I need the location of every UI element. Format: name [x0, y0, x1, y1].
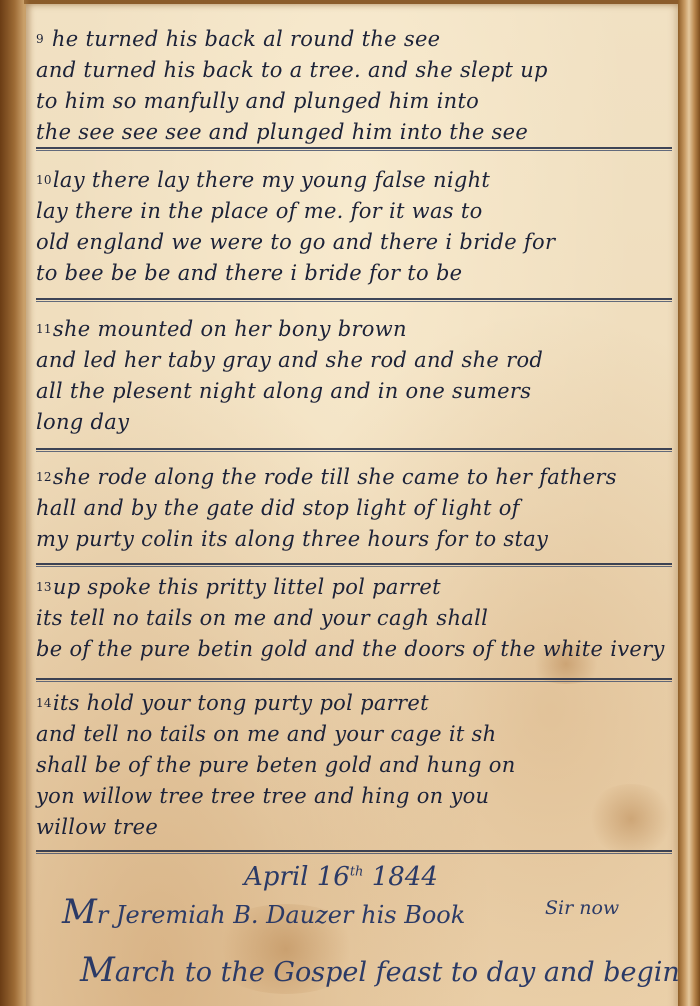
ruled-divider — [36, 850, 672, 854]
adjacent-page-edge — [678, 0, 700, 1006]
verse-line: he turned his back al round the see — [52, 27, 440, 51]
ruled-divider — [36, 448, 672, 452]
verse-line: lay there in the place of me. for it was… — [36, 196, 676, 227]
verse-number: 14 — [36, 696, 52, 710]
verse-12: 12she rode along the rode till she came … — [36, 462, 676, 555]
verse-line: she rode along the rode till she came to… — [53, 465, 617, 489]
inscription-date: April 16th 1844 — [244, 862, 438, 892]
ruled-divider — [36, 678, 672, 682]
verse-11: 11she mounted on her bony brown and led … — [36, 314, 676, 438]
verse-line: all the plesent night along and in one s… — [36, 376, 676, 407]
inscription-hymn-line: March to the Gospel feast to day and beg… — [80, 950, 680, 990]
verse-number: 12 — [36, 470, 52, 484]
inscription-owner: Mr Jeremiah B. Dauzer his Book — [62, 892, 465, 932]
verse-line: hall and by the gate did stop light of l… — [36, 493, 676, 524]
ruled-divider — [36, 298, 672, 302]
verse-line: and tell no tails on me and your cage it… — [36, 719, 676, 750]
verse-line: its tell no tails on me and your cagh sh… — [36, 603, 676, 634]
verse-number: 13 — [36, 580, 52, 594]
verse-number: 10 — [36, 173, 52, 187]
inscription-note: Sir now — [545, 897, 619, 919]
verse-line: willow tree — [36, 812, 676, 843]
verse-10: 10lay there lay there my young false nig… — [36, 165, 676, 289]
verse-number: 11 — [36, 322, 52, 336]
verse-line: old england we were to go and there i br… — [36, 227, 676, 258]
verse-line: she mounted on her bony brown — [53, 317, 407, 341]
verse-line: up spoke this pritty littel pol parret — [53, 575, 441, 599]
verse-line: yon willow tree tree tree and hing on yo… — [36, 781, 676, 812]
verse-13: 13up spoke this pritty littel pol parret… — [36, 572, 676, 665]
verse-line: lay there lay there my young false night — [53, 168, 490, 192]
manuscript-scan: 9 he turned his back al round the see an… — [0, 0, 700, 1006]
verse-line: and led her taby gray and she rod and sh… — [36, 345, 676, 376]
ruled-divider — [36, 563, 672, 567]
verse-line: shall be of the pure beten gold and hung… — [36, 750, 676, 781]
verse-line: to him so manfully and plunged him into — [36, 86, 676, 117]
verse-14: 14its hold your tong purty pol parret an… — [36, 688, 676, 843]
verse-line: the see see see and plunged him into the… — [36, 117, 676, 148]
verse-number: 9 — [36, 32, 44, 46]
verse-line: long day — [36, 407, 676, 438]
verse-line: to bee be be and there i bride for to be — [36, 258, 676, 289]
verse-line: my purty colin its along three hours for… — [36, 524, 676, 555]
ruled-divider — [36, 147, 672, 151]
verse-9: 9 he turned his back al round the see an… — [36, 24, 676, 148]
book-binding-edge — [0, 0, 24, 1006]
verse-line: and turned his back to a tree. and she s… — [36, 55, 676, 86]
verse-line: its hold your tong purty pol parret — [53, 691, 429, 715]
verse-line: be of the pure betin gold and the doors … — [36, 634, 676, 665]
